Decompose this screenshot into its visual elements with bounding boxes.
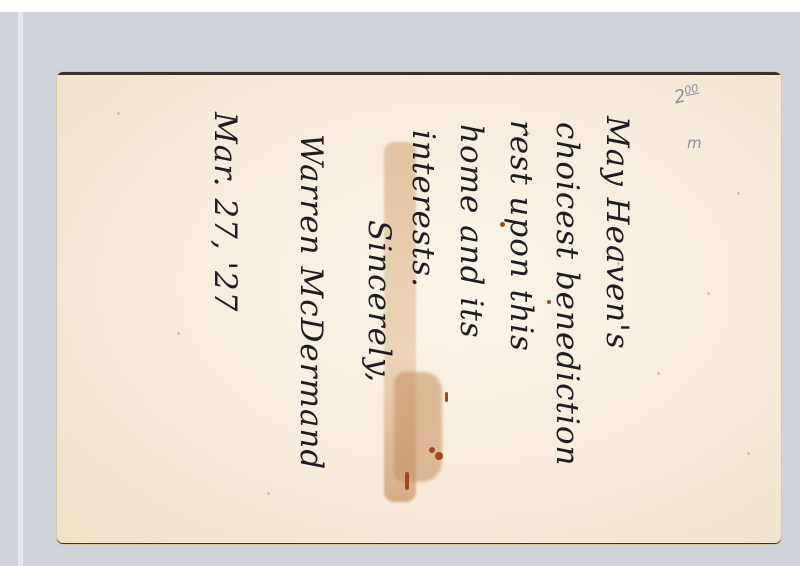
- pencil-price-mark: 200: [672, 82, 701, 109]
- message-line-5: interests.: [405, 130, 441, 288]
- rust-spot: [405, 472, 409, 490]
- message-line-2: choicest benediction: [549, 122, 585, 466]
- rust-spot: [435, 452, 443, 460]
- price-cents: 00: [683, 82, 699, 98]
- foxing-speck: [177, 332, 180, 335]
- signature-name: Warren McDermand: [293, 134, 329, 470]
- rust-spot: [445, 392, 448, 402]
- signature-closing: Sincerely,: [361, 220, 397, 383]
- card-top-edge: [57, 72, 781, 75]
- foxing-speck: [747, 452, 750, 455]
- foxing-speck: [657, 372, 660, 375]
- water-stain-blob: [394, 372, 442, 482]
- backdrop-edge: [18, 12, 23, 566]
- pencil-letter-mark: m: [687, 134, 702, 152]
- foxing-speck: [117, 112, 120, 115]
- foxing-speck: [267, 492, 270, 495]
- message-line-1: May Heaven's: [599, 116, 635, 350]
- postcard: 200 m May Heaven's choicest benediction …: [57, 72, 781, 544]
- message-date: Mar. 27, '27: [207, 112, 243, 312]
- rust-spot: [429, 447, 435, 453]
- foxing-speck: [737, 192, 740, 195]
- foxing-speck: [707, 292, 710, 295]
- message-line-3: rest upon this: [503, 120, 539, 352]
- message-line-4: home and its: [453, 124, 489, 339]
